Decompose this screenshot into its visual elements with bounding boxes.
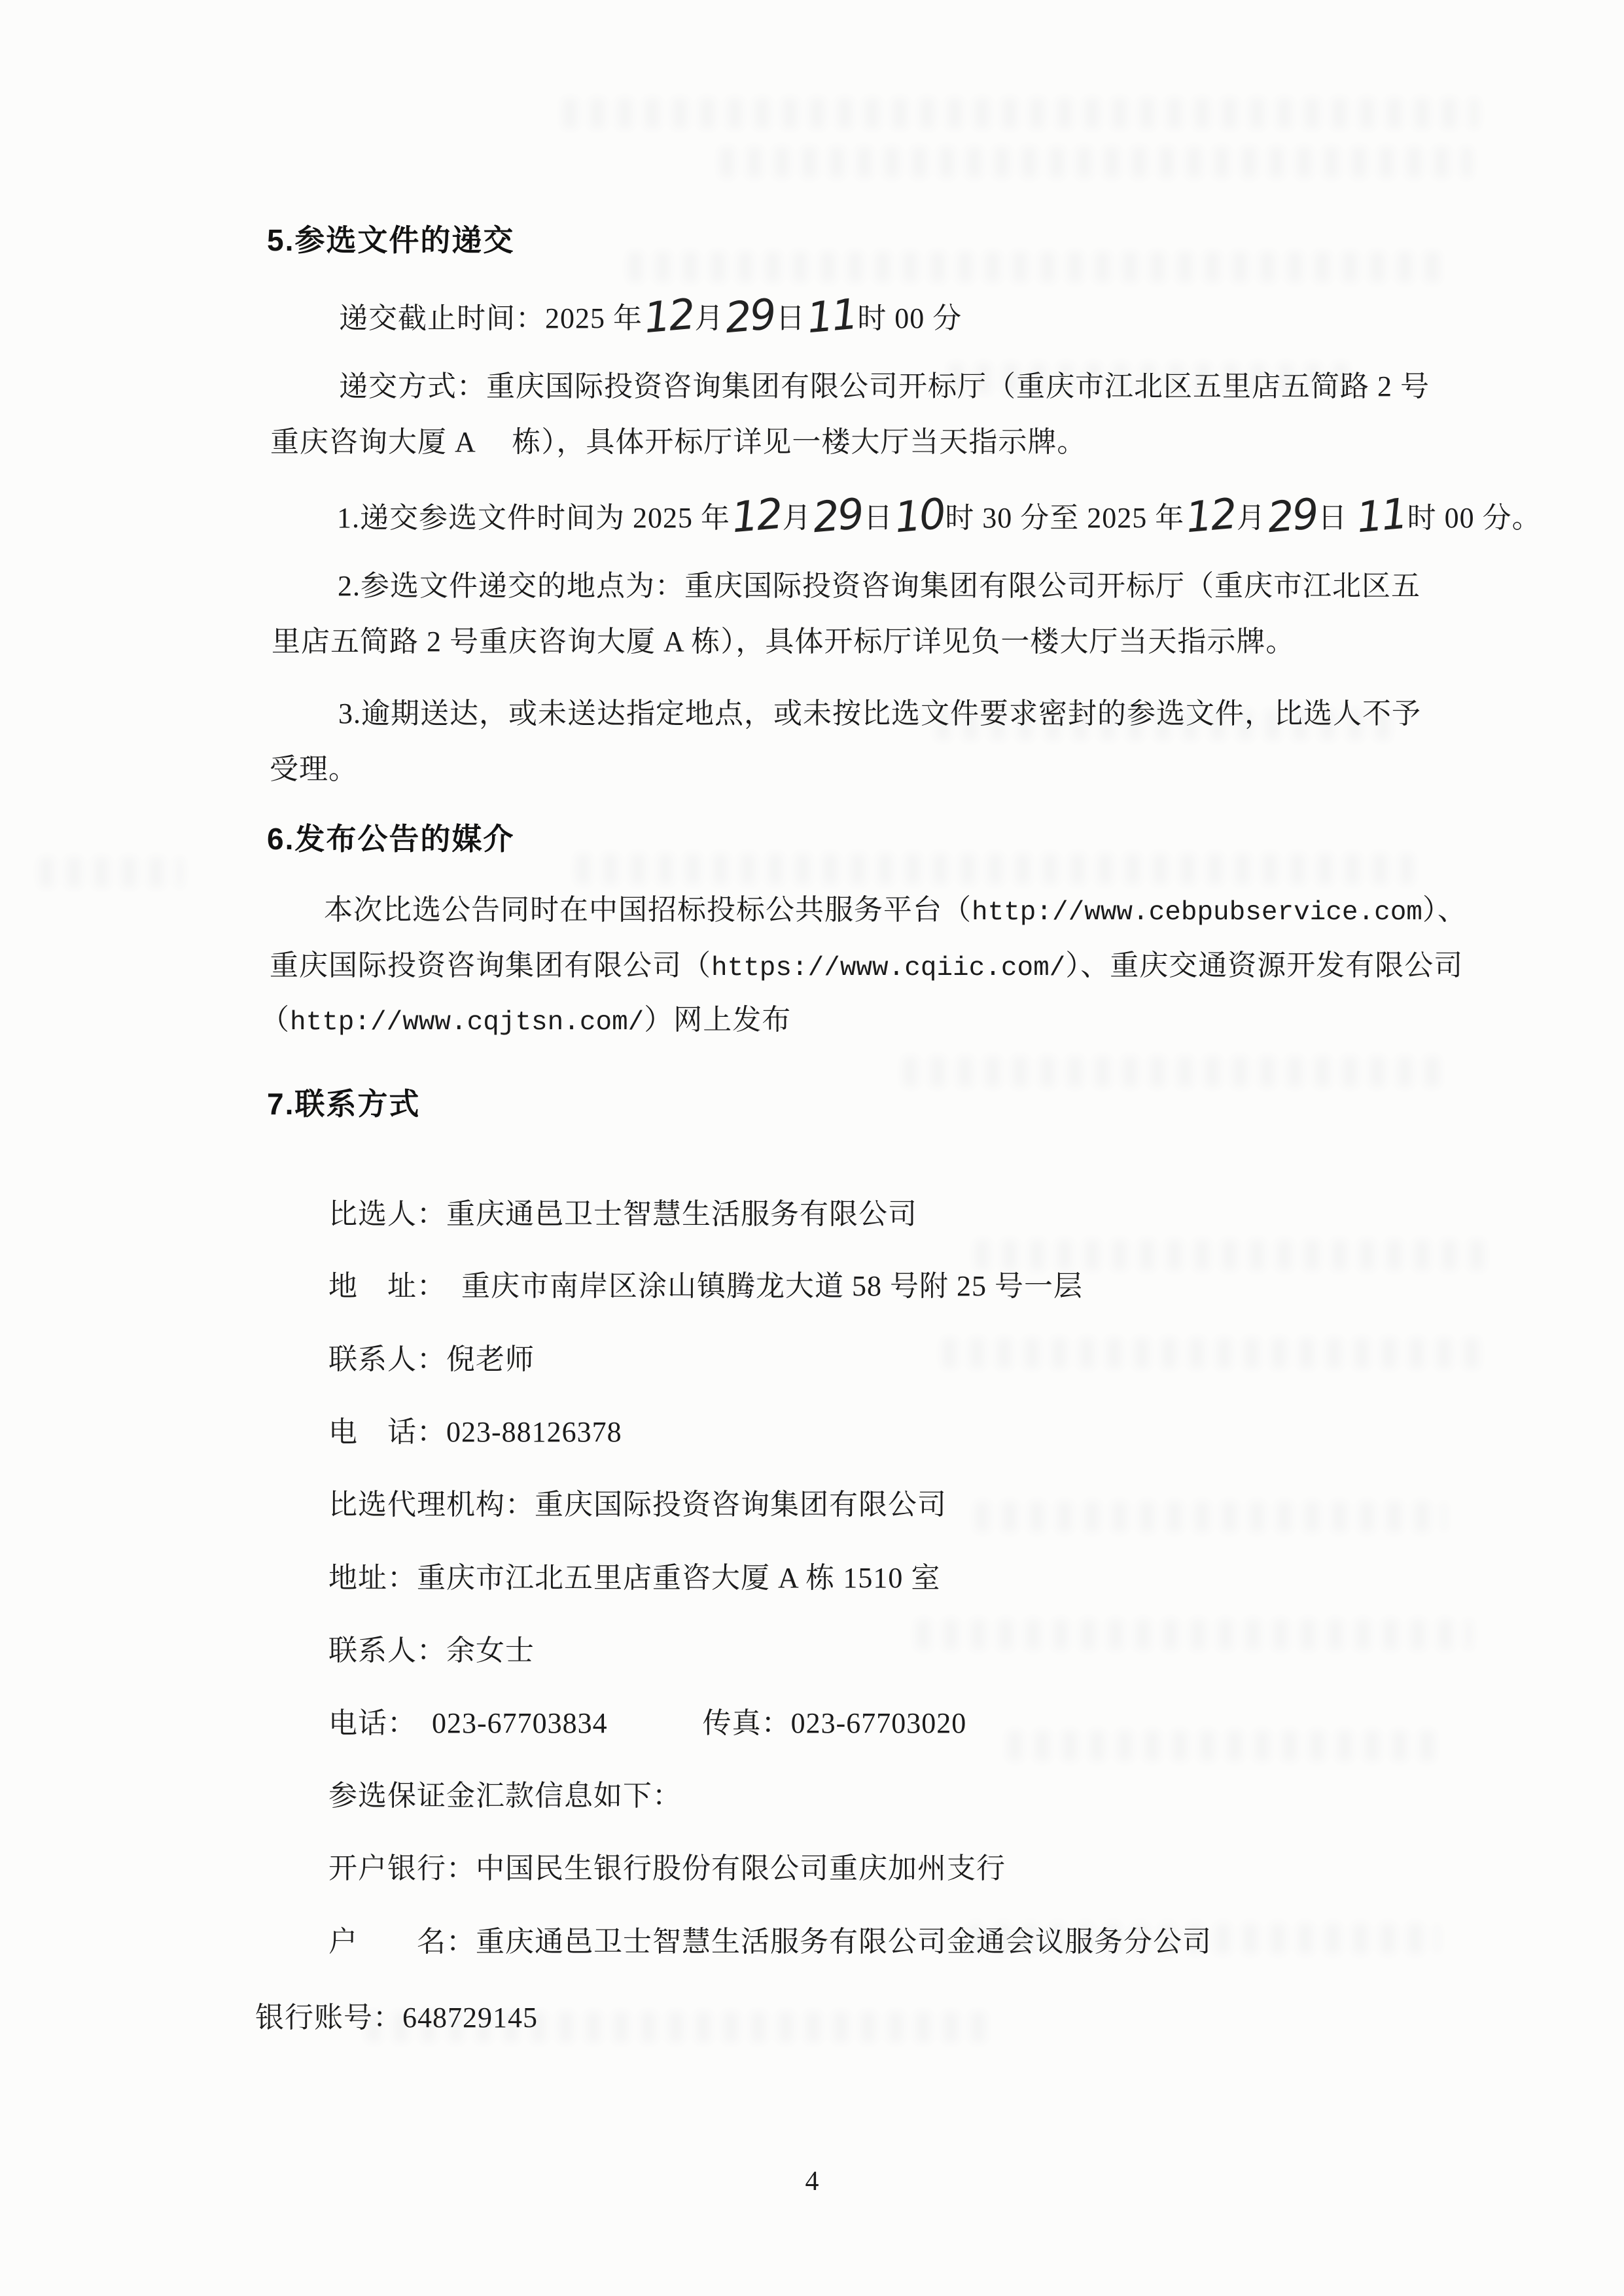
bleedthrough-artifact	[39, 857, 183, 887]
handwritten-month2: 12	[1184, 498, 1239, 536]
fax2-text: 传真：023-67703020	[703, 1707, 967, 1739]
bleedthrough-artifact	[576, 854, 1413, 884]
handwritten-month1: 12	[729, 498, 784, 536]
bleedthrough-artifact	[720, 147, 1472, 177]
item2-line2: 里店五简路 2 号重庆咨询大厦 A 栋），具体开标厅详见负一楼大厅当天指示牌。	[272, 625, 1295, 660]
bleedthrough-artifact	[975, 1502, 1446, 1532]
phone2-text: 电话： 023-67703834	[328, 1707, 608, 1739]
item1-prefix: 1.递交参选文件时间为 2025 年	[337, 502, 730, 534]
deadline-prefix: 递交截止时间：2025 年	[339, 302, 643, 334]
handwritten-day2: 29	[1265, 498, 1320, 536]
page-number: 4	[0, 2166, 1624, 2197]
person2-line: 联系人：余女士	[328, 1634, 535, 1669]
media2-url: https://www.cqiic.com/	[711, 953, 1065, 983]
media1-pre: 本次比选公告同时在中国招标投标公共服务平台（	[324, 894, 972, 926]
media1-url: http://www.cebpubservice.com	[972, 898, 1422, 928]
media3-post: ）网上发布	[644, 1004, 791, 1036]
agency-line: 比选代理机构：重庆国际投资咨询集团有限公司	[328, 1488, 947, 1523]
item3-line1: 3.逾期送达，或未送达指定地点，或未按比选文件要求密封的参选文件，比选人不予	[338, 697, 1421, 732]
handwritten-day1: 29	[811, 498, 866, 536]
delivery-method-line2: 重庆咨询大厦 A 栋），具体开标厅详见一楼大厅当天指示牌。	[270, 425, 1086, 460]
bleedthrough-artifact	[628, 252, 1453, 282]
media-line1: 本次比选公告同时在中国招标投标公共服务平台（http://www.cebpubs…	[324, 893, 1467, 929]
bleedthrough-artifact	[563, 98, 1479, 128]
address1-line: 地 址： 重庆市南岸区涂山镇腾龙大道 58 号附 25 号一层	[328, 1269, 1083, 1304]
bleedthrough-artifact	[1008, 1731, 1439, 1761]
item1-line: 1.递交参选文件时间为 2025 年12月29日10时 30 分至 2025 年…	[337, 497, 1542, 536]
item1-u4: 日	[1318, 502, 1355, 534]
handwritten-day: 29	[723, 298, 778, 336]
item1-end: 时 00 分。	[1407, 502, 1542, 534]
handwritten-hour: 11	[804, 298, 859, 336]
deposit-intro-line: 参选保证金汇款信息如下：	[328, 1779, 682, 1814]
bank-line: 开户银行：中国民生银行股份有限公司重庆加州支行	[328, 1852, 1006, 1886]
account-name-line: 户 名：重庆通邑卫士智慧生活服务有限公司金通会议服务分公司	[328, 1925, 1212, 1960]
document-page: 5.参选文件的递交 递交截止时间：2025 年12月29日11时 00 分 递交…	[0, 0, 1624, 2296]
bixuanren-line: 比选人：重庆通邑卫士智慧生活服务有限公司	[328, 1197, 917, 1232]
bleedthrough-artifact	[942, 1338, 1492, 1368]
bleedthrough-artifact	[916, 1619, 1472, 1650]
phone2-fax-line: 电话： 023-67703834传真：023-67703020	[328, 1706, 966, 1741]
item3-line2: 受理。	[270, 752, 358, 787]
phone1-line: 电 话：023-88126378	[328, 1415, 622, 1450]
media2-pre: 重庆国际投资咨询集团有限公司（	[270, 949, 711, 981]
handwritten-month: 12	[641, 298, 696, 336]
deadline-rest: 时 00 分	[857, 302, 962, 334]
item1-u3: 月	[1237, 502, 1266, 534]
deadline-line: 递交截止时间：2025 年12月29日11时 00 分	[339, 298, 962, 336]
account-no-line: 银行账号：648729145	[255, 2001, 538, 2036]
day-unit: 日	[776, 302, 805, 334]
item2-line1: 2.参选文件递交的地点为：重庆国际投资咨询集团有限公司开标厅（重庆市江北区五	[338, 569, 1421, 604]
media-line3: （http://www.cqjtsn.com/）网上发布	[260, 1003, 791, 1039]
media-line2: 重庆国际投资咨询集团有限公司（https://www.cqiic.com/）、重…	[270, 949, 1463, 985]
item1-u2: 日	[864, 502, 893, 534]
media3-pre: （	[260, 1004, 290, 1036]
media1-post: ）、	[1422, 894, 1467, 926]
section6-heading: 6.发布公告的媒介	[267, 821, 514, 857]
delivery-method-line1: 递交方式：重庆国际投资咨询集团有限公司开标厅（重庆市江北区五里店五简路 2 号	[339, 370, 1430, 404]
item1-mid: 时 30 分至 2025 年	[945, 502, 1184, 534]
section7-heading: 7.联系方式	[267, 1086, 420, 1122]
month-unit: 月	[694, 302, 724, 334]
handwritten-hour1: 10	[892, 498, 947, 536]
person1-line: 联系人：倪老师	[328, 1343, 535, 1377]
media3-url: http://www.cqjtsn.com/	[290, 1008, 644, 1038]
media2-post: ）、重庆交通资源开发有限公司	[1065, 949, 1463, 981]
bleedthrough-artifact	[903, 1057, 1439, 1087]
handwritten-hour2: 11	[1354, 498, 1409, 536]
bleedthrough-artifact	[975, 1240, 1485, 1270]
section5-heading: 5.参选文件的递交	[267, 222, 514, 258]
item1-u1: 月	[782, 502, 811, 534]
address2-line: 地址：重庆市江北五里店重咨大厦 A 栋 1510 室	[328, 1561, 940, 1596]
